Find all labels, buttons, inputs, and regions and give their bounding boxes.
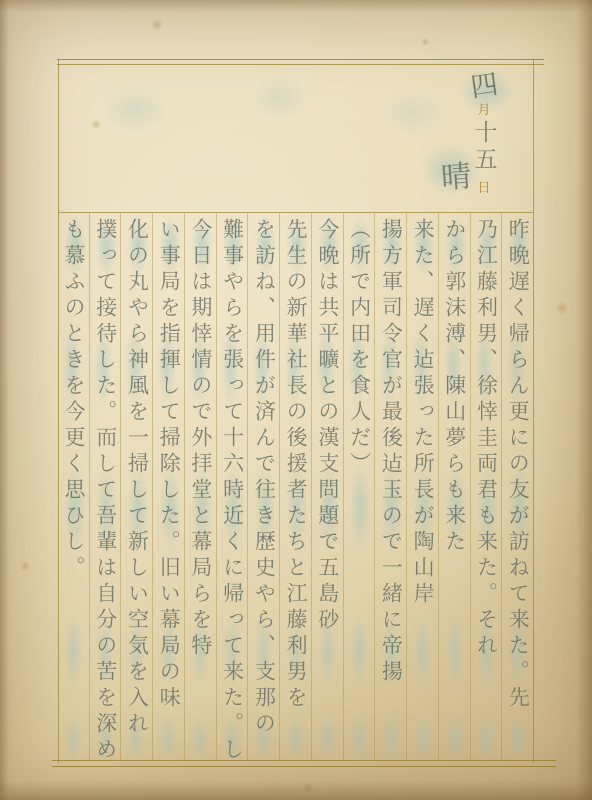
frame-bottom-double-rule xyxy=(52,760,556,767)
printed-day-label: 日 xyxy=(477,182,490,196)
handwritten-month-number: 四 xyxy=(469,70,500,103)
frame-right-rule xyxy=(533,60,534,763)
handwritten-column-text: を訪ね、用件が済んで往き歴史やら、支那の xyxy=(248,213,279,760)
text-column: 乃江藤利男、徐悻圭両君も来た。それ xyxy=(470,213,502,760)
handwritten-column-text: 今日は期悻情ので外拝堂と幕局らを特 xyxy=(185,213,216,760)
handwritten-column-text: 撲って接待した。而して吾輩は自分の苦を深め xyxy=(90,213,121,760)
date-header: 四 月 十五 日 晴 xyxy=(59,64,533,212)
ink-wash-blob xyxy=(379,90,445,134)
ink-wash-blob xyxy=(99,84,169,134)
paper-stain xyxy=(20,560,30,572)
text-column: 今日は期悻情ので外拝堂と幕局らを特 xyxy=(184,213,216,760)
handwritten-column-text: から郭沫溥、陳山夢らも来た xyxy=(439,213,470,760)
handwritten-column-text: （所で内田を食人だ） xyxy=(344,213,375,760)
handwritten-column-text: 来た、遅く迠張った所長が陶山岸 xyxy=(407,213,438,760)
text-column: も慕ふのときを今更く思ひし。 xyxy=(58,213,89,760)
handwritten-column-text: も慕ふのときを今更く思ひし。 xyxy=(58,213,89,760)
handwritten-column-text: 乃江藤利男、徐悻圭両君も来た。それ xyxy=(471,213,502,760)
handwritten-column-text: 化の丸やら神風を一掃して新しい空気を入れ xyxy=(121,213,152,760)
paper-stain xyxy=(150,20,164,30)
handwritten-column-text: 先生の新華社長の後援者たちと江藤利男を xyxy=(280,213,311,760)
printed-month-label: 月 xyxy=(477,104,490,118)
handwritten-column-text: 難事やらを張って十六時近くに帰って来た。し xyxy=(217,213,248,760)
scanned-diary-page: 四 月 十五 日 晴 昨晩遅く帰らん更にの友が訪ねて来た。先 乃江藤利男、徐悻圭… xyxy=(0,0,592,800)
text-column: い事局を指揮して掃除した。旧い幕局の味 xyxy=(152,213,184,760)
text-column: 化の丸やら神風を一掃して新しい空気を入れ xyxy=(120,213,152,760)
handwritten-column-text: 今晩は共平曠との漢支問題で五島砂 xyxy=(312,213,343,760)
handwritten-column-text: い事局を指揮して掃除した。旧い幕局の味 xyxy=(153,213,184,760)
text-column: 撲って接待した。而して吾輩は自分の苦を深め xyxy=(89,213,121,760)
text-column: 今晩は共平曠との漢支問題で五島砂 xyxy=(311,213,343,760)
text-column: 先生の新華社長の後援者たちと江藤利男を xyxy=(279,213,311,760)
text-column: 来た、遅く迠張った所長が陶山岸 xyxy=(406,213,438,760)
diary-text-area: 昨晩遅く帰らん更にの友が訪ねて来た。先 乃江藤利男、徐悻圭両君も来た。それ から… xyxy=(58,213,533,760)
handwritten-weather-note: 晴 xyxy=(440,151,473,197)
handwritten-column-text: 揚方軍司令官が最後迠玉ので一緒に帝揚 xyxy=(375,213,406,760)
ink-wash-blob xyxy=(249,74,309,120)
text-column: から郭沫溥、陳山夢らも来た xyxy=(438,213,470,760)
text-column: 昨晩遅く帰らん更にの友が訪ねて来た。先 xyxy=(501,213,533,760)
paper-stain xyxy=(420,38,430,46)
handwritten-column-text: 昨晩遅く帰らん更にの友が訪ねて来た。先 xyxy=(502,213,533,760)
paper-stain xyxy=(556,300,568,316)
paper-stain xyxy=(300,784,316,792)
text-column: （所で内田を食人だ） xyxy=(343,213,375,760)
text-column: 難事やらを張って十六時近くに帰って来た。し xyxy=(216,213,248,760)
handwritten-day-number: 十五 xyxy=(468,120,501,180)
text-column: 揚方軍司令官が最後迠玉ので一緒に帝揚 xyxy=(374,213,406,760)
text-column: を訪ね、用件が済んで往き歴史やら、支那の xyxy=(247,213,279,760)
